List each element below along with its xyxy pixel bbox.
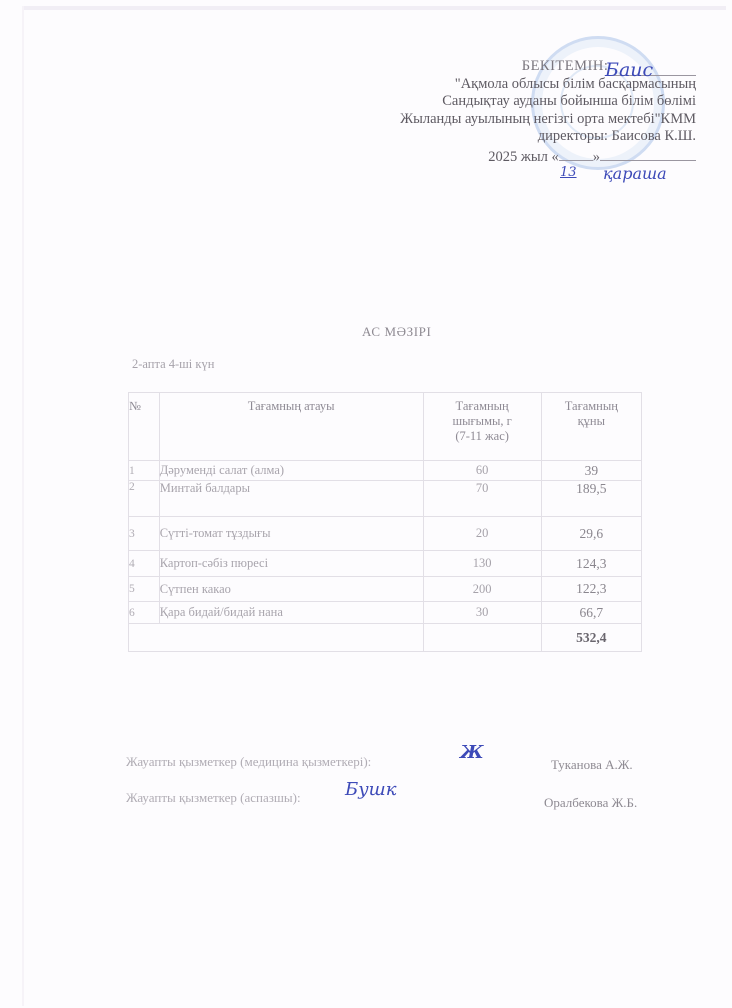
table-row: 5 Сүтпен какао 200 122,3 [129, 577, 642, 602]
handwritten-month: қараша [603, 164, 667, 183]
approval-date: 2025 жыл «» [400, 146, 696, 167]
dish-name: Дәрумендi салат (алма) [159, 461, 423, 481]
table-row: 3 Сүтті-томат тұздығы 20 29,6 [129, 517, 642, 551]
portion-grams: 30 [423, 602, 541, 624]
dish-name: Картоп-сәбіз пюресі [159, 551, 423, 577]
row-number: 4 [129, 551, 160, 577]
header-portion-line3: (7-11 жас) [424, 429, 541, 444]
dish-name: Минтай балдары [159, 481, 423, 517]
row-number: 6 [129, 602, 160, 624]
handwritten-day: 13 [560, 165, 577, 180]
cook-signature: Бушк [345, 779, 396, 800]
row-number: 2 [129, 481, 160, 517]
table-row: 6 Қара бидай/бидай нанa 30 66,7 [129, 602, 642, 624]
page-title: АС МӘЗІРІ [362, 324, 431, 340]
director-signature: Баис [605, 59, 653, 81]
medical-staff-signature: Ж [460, 742, 484, 763]
scan-edge [22, 6, 726, 10]
total-portion-cell [423, 624, 541, 652]
date-separator: » [593, 149, 600, 165]
total-calories: 532,4 [541, 624, 641, 652]
portion-grams: 200 [423, 577, 541, 602]
row-number: 5 [129, 577, 160, 602]
header-calories: Тағамның құны [541, 393, 641, 461]
portion-grams: 20 [423, 517, 541, 551]
table-row: 1 Дәрумендi салат (алма) 60 39 [129, 461, 642, 481]
header-number: № [129, 393, 160, 461]
date-month-field [600, 146, 696, 161]
dish-name: Сүтпен какао [159, 577, 423, 602]
calories: 124,3 [541, 551, 641, 577]
org-line-3: Жыланды ауылының негізгі орта мектебі"КМ… [400, 111, 696, 129]
date-day-field [559, 146, 593, 161]
dish-name: Қара бидай/бидай нанa [159, 602, 423, 624]
org-line-2: Сандықтау ауданы бойынша білім бөлімі [400, 93, 696, 111]
header-dish-name: Тағамның атауы [159, 393, 423, 461]
calories: 39 [541, 461, 641, 481]
table-row: 4 Картоп-сәбіз пюресі 130 124,3 [129, 551, 642, 577]
table-header-row: № Тағамның атауы Тағамның шығымы, г (7-1… [129, 393, 642, 461]
portion-grams: 60 [423, 461, 541, 481]
date-prefix: 2025 жыл « [488, 149, 559, 165]
header-calories-line2: құны [542, 414, 641, 429]
menu-table: № Тағамның атауы Тағамның шығымы, г (7-1… [128, 392, 642, 652]
calories: 66,7 [541, 602, 641, 624]
staff-role-cook: Жауапты қызметкер (аспазшы): [126, 790, 301, 806]
day-label: 2-апта 4-ші күн [132, 357, 214, 372]
dish-name: Сүтті-томат тұздығы [159, 517, 423, 551]
calories: 189,5 [541, 481, 641, 517]
director-line: директоры: Баисова К.Ш. [400, 128, 696, 146]
scan-edge-left [22, 6, 24, 1006]
total-label-cell [129, 624, 424, 652]
header-portion-line2: шығымы, г [424, 414, 541, 429]
table-row: 2 Минтай балдары 70 189,5 [129, 481, 642, 517]
header-calories-line1: Тағамның [542, 399, 641, 414]
approval-title: БЕКІТЕМІН: [522, 58, 609, 74]
staff-name-medical: Туканова А.Ж. [551, 757, 633, 773]
portion-grams: 130 [423, 551, 541, 577]
staff-role-medical: Жауапты қызметкер (медицина қызметкері): [126, 754, 371, 770]
calories: 29,6 [541, 517, 641, 551]
row-number: 1 [129, 461, 160, 481]
header-portion-line1: Тағамның [424, 399, 541, 414]
calories: 122,3 [541, 577, 641, 602]
total-row: 532,4 [129, 624, 642, 652]
row-number: 3 [129, 517, 160, 551]
staff-name-cook: Оралбекова Ж.Б. [544, 795, 637, 811]
header-portion: Тағамның шығымы, г (7-11 жас) [423, 393, 541, 461]
portion-grams: 70 [423, 481, 541, 517]
